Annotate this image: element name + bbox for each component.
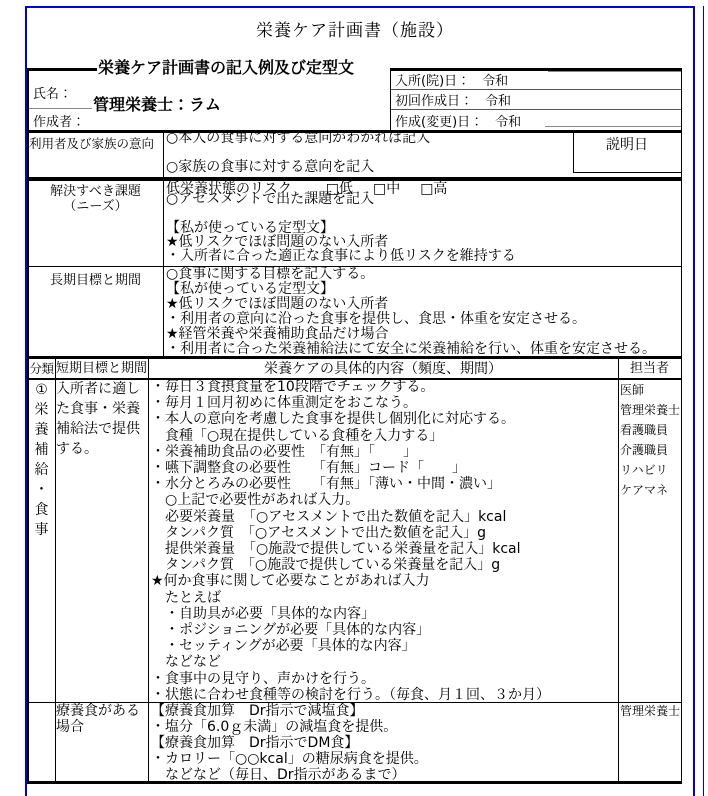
admission-date-label: 入所(院)日： xyxy=(395,70,470,89)
issues-row-label-sub: （ニーズ） xyxy=(28,195,163,214)
staff-name: ケアマネ xyxy=(620,480,680,500)
column-header-staff: 担当者 xyxy=(618,360,681,378)
category-char: ・ xyxy=(28,480,55,500)
care-content-line: ・本人の意向を考慮した食事を提供し個別化に対応する。 xyxy=(151,411,616,427)
staff-name: 看護職員 xyxy=(620,420,680,440)
name-field-label: 氏名： xyxy=(33,83,72,102)
intent-text-line: ○家族の食事に対する意向を記入 xyxy=(166,160,430,174)
category-char: 補 xyxy=(28,440,55,460)
grid-line-gray xyxy=(28,108,92,109)
grid-line xyxy=(681,68,682,784)
care-content-line: ○上記で必要性があれば入力。 xyxy=(151,492,616,508)
care-content-line: ・状態に合わせ食種等の検討を行う。（毎食、月１回、３か月） xyxy=(151,687,616,703)
care-content-line: 提供栄養量 「○施設で提供している栄養量を記入」kcal xyxy=(151,541,616,557)
issues-text-line: ・入所者に合った適正な食事により低リスクを維持する xyxy=(166,249,516,263)
longterm-text-line: ・利用者に合った栄養補給法にて安全に栄養補給を行い、体重を安定させる。 xyxy=(166,342,656,357)
category-char: 養 xyxy=(28,420,55,440)
first-created-date-value: 令和 xyxy=(485,90,511,109)
grid-line xyxy=(390,89,681,90)
column-header-category: 分類 xyxy=(28,360,55,378)
staff-list-row2: 管理栄養士 xyxy=(620,703,680,719)
modified-date-row: 作成(変更)日： 令和 xyxy=(395,111,675,130)
care-content-line: ・嚥下調整食の必要性 「有無」コード「 」 xyxy=(151,460,616,476)
care-content-line: 【療養食加算 Dr指示で減塩食】 xyxy=(151,703,616,719)
date-underline xyxy=(545,126,681,127)
issues-text-line xyxy=(166,206,516,220)
intent-text-line xyxy=(166,145,430,159)
grid-line xyxy=(28,702,682,703)
grid-line xyxy=(28,781,682,784)
dietitian-note: 管理栄養士：ラム xyxy=(90,92,224,115)
staff-name: 管理栄養士 xyxy=(620,703,680,719)
longterm-text-line: 【私が使っている定型文】 xyxy=(166,282,656,297)
category-char: ① xyxy=(28,380,55,400)
care-content-line: 【療養食加算 Dr指示でDM食】 xyxy=(151,735,616,751)
staff-name: 管理栄養士 xyxy=(620,400,680,420)
care-content-line: ・セッティングが必要「具体的な内容」 xyxy=(151,638,616,654)
staff-name: リハビリ xyxy=(620,460,680,480)
column-header-care-content: 栄養ケアの具体的内容（頻度、期間） xyxy=(148,360,618,378)
grid-line xyxy=(28,356,682,359)
grid-line xyxy=(28,378,682,380)
care-content-line: ・塩分「6.0ｇ未満」の減塩食を提供。 xyxy=(151,719,616,735)
grid-line xyxy=(28,130,682,133)
category-char: 栄 xyxy=(28,400,55,420)
care-content-line: などなど xyxy=(151,654,616,670)
staff-name: 医師 xyxy=(620,380,680,400)
category-char: 事 xyxy=(28,520,55,540)
care-content-line: ・毎日３食摂食量を10段階でチェックする。 xyxy=(151,379,616,395)
grid-line xyxy=(573,172,682,173)
category-char: 給 xyxy=(28,460,55,480)
issues-text-line: ○アセスメントで出た課題を記入 xyxy=(166,192,516,206)
author-field-label: 作成者： xyxy=(33,111,85,130)
care-content-line: 食種「○現在提供している食種を入力する」 xyxy=(151,428,616,444)
intent-text-line: ○本人の食事に対する意向がわかれば記入 xyxy=(166,131,430,145)
care-content-row1: ・毎日３食摂食量を10段階でチェックする。・毎月１回月初めに体重測定をおこなう。… xyxy=(151,379,616,703)
document-title: 栄養ケア計画書（施設） xyxy=(28,16,682,41)
staff-list-row1: 医師管理栄養士看護職員介護職員リハビリケアマネ xyxy=(620,380,680,500)
column-header-short-goal: 短期目標と期間 xyxy=(55,360,148,378)
modified-date-value: 令和 xyxy=(495,111,521,130)
care-content-line: ・ポジショニングが必要「具体的な内容」 xyxy=(151,622,616,638)
grid-line xyxy=(390,68,391,130)
staff-name: 介護職員 xyxy=(620,440,680,460)
care-content-line: ・毎月１回月初めに体重測定をおこなう。 xyxy=(151,395,616,411)
grid-line xyxy=(163,130,164,356)
grid-line xyxy=(28,177,682,181)
short-goal-row1: 入所者に適した食事・栄養補給法で提供する。 xyxy=(56,379,145,459)
date-underline xyxy=(548,71,681,72)
first-created-date-row: 初回作成日： 令和 xyxy=(395,90,675,109)
grid-line xyxy=(390,109,681,110)
issues-content: ○アセスメントで出た課題を記入 【私が使っている定型文】★低リスクでほぼ問題のな… xyxy=(166,192,516,263)
care-content-line: 必要栄養量 「○アセスメントで出た数値を記入」kcal xyxy=(151,509,616,525)
care-content-line: ・カロリー「○○kcal」の糖尿病食を提供。 xyxy=(151,751,616,767)
longterm-text-line: ★経管栄養や栄養補助食品だけ場合 xyxy=(166,327,656,342)
grid-line xyxy=(148,359,149,781)
care-content-line: たとえば xyxy=(151,590,616,606)
intent-row-label: 利用者及び家族の意向 xyxy=(29,134,154,152)
care-content-line: ・食事中の見守り、声かけを行う。 xyxy=(151,671,616,687)
nutrition-care-plan-document: 栄養ケア計画書（施設） 栄養ケア計画書の記入例及び定型文 氏名： 管理栄養士：ラ… xyxy=(0,0,708,796)
issues-text-line: 【私が使っている定型文】 xyxy=(166,221,516,235)
longterm-content: ○食事に関する目標を記入する。【私が使っている定型文】★低リスクでほぼ問題のない… xyxy=(166,267,656,356)
grid-line xyxy=(55,359,56,781)
modified-date-label: 作成(変更)日： xyxy=(395,111,483,130)
care-content-line: タンパク質 「○施設で提供している栄養量を記入」g xyxy=(151,557,616,573)
category-vertical-label: ①栄養補給・食事 xyxy=(28,380,55,540)
longterm-text-line: ・利用者の意向に沿った食事を提供し、食思・体重を安定させる。 xyxy=(166,312,656,327)
intent-content: ○本人の食事に対する意向がわかれば記入 ○家族の食事に対する意向を記入 xyxy=(166,131,430,174)
care-content-line: ・栄養補助食品の必要性 「有無」「 」 xyxy=(151,444,616,460)
short-goal-row2: 療養食がある場合 xyxy=(56,703,145,735)
page-border-outer-line xyxy=(703,6,704,796)
care-content-row2: 【療養食加算 Dr指示で減塩食】・塩分「6.0ｇ未満」の減塩食を提供。【療養食加… xyxy=(151,703,616,783)
explanation-date-label: 説明日 xyxy=(573,134,681,154)
longterm-text-line: ★低リスクでほぼ問題のない入所者 xyxy=(166,297,656,312)
longterm-row-label: 長期目標と期間 xyxy=(28,269,163,288)
first-created-date-label: 初回作成日： xyxy=(395,90,473,109)
category-char: 食 xyxy=(28,500,55,520)
admission-date-row: 入所(院)日： 令和 xyxy=(395,70,675,89)
grid-line xyxy=(28,68,97,71)
grid-line xyxy=(27,68,29,784)
care-content-line: ・水分とろみの必要性 「有無」「薄い・中間・濃い」 xyxy=(151,476,616,492)
care-content-line: タンパク質 「○アセスメントで出た数値を記入」g xyxy=(151,525,616,541)
grid-line xyxy=(618,359,619,781)
care-content-line: ・自助具が必要「具体的な内容」 xyxy=(151,606,616,622)
document-subtitle: 栄養ケア計画書の記入例及び定型文 xyxy=(95,55,357,78)
longterm-text-line: ○食事に関する目標を記入する。 xyxy=(166,267,656,282)
admission-date-value: 令和 xyxy=(482,70,508,89)
care-content-line: ★何か食事に関して必要なことがあれば入力 xyxy=(151,573,616,589)
grid-line xyxy=(28,266,682,267)
grid-line xyxy=(573,130,574,172)
